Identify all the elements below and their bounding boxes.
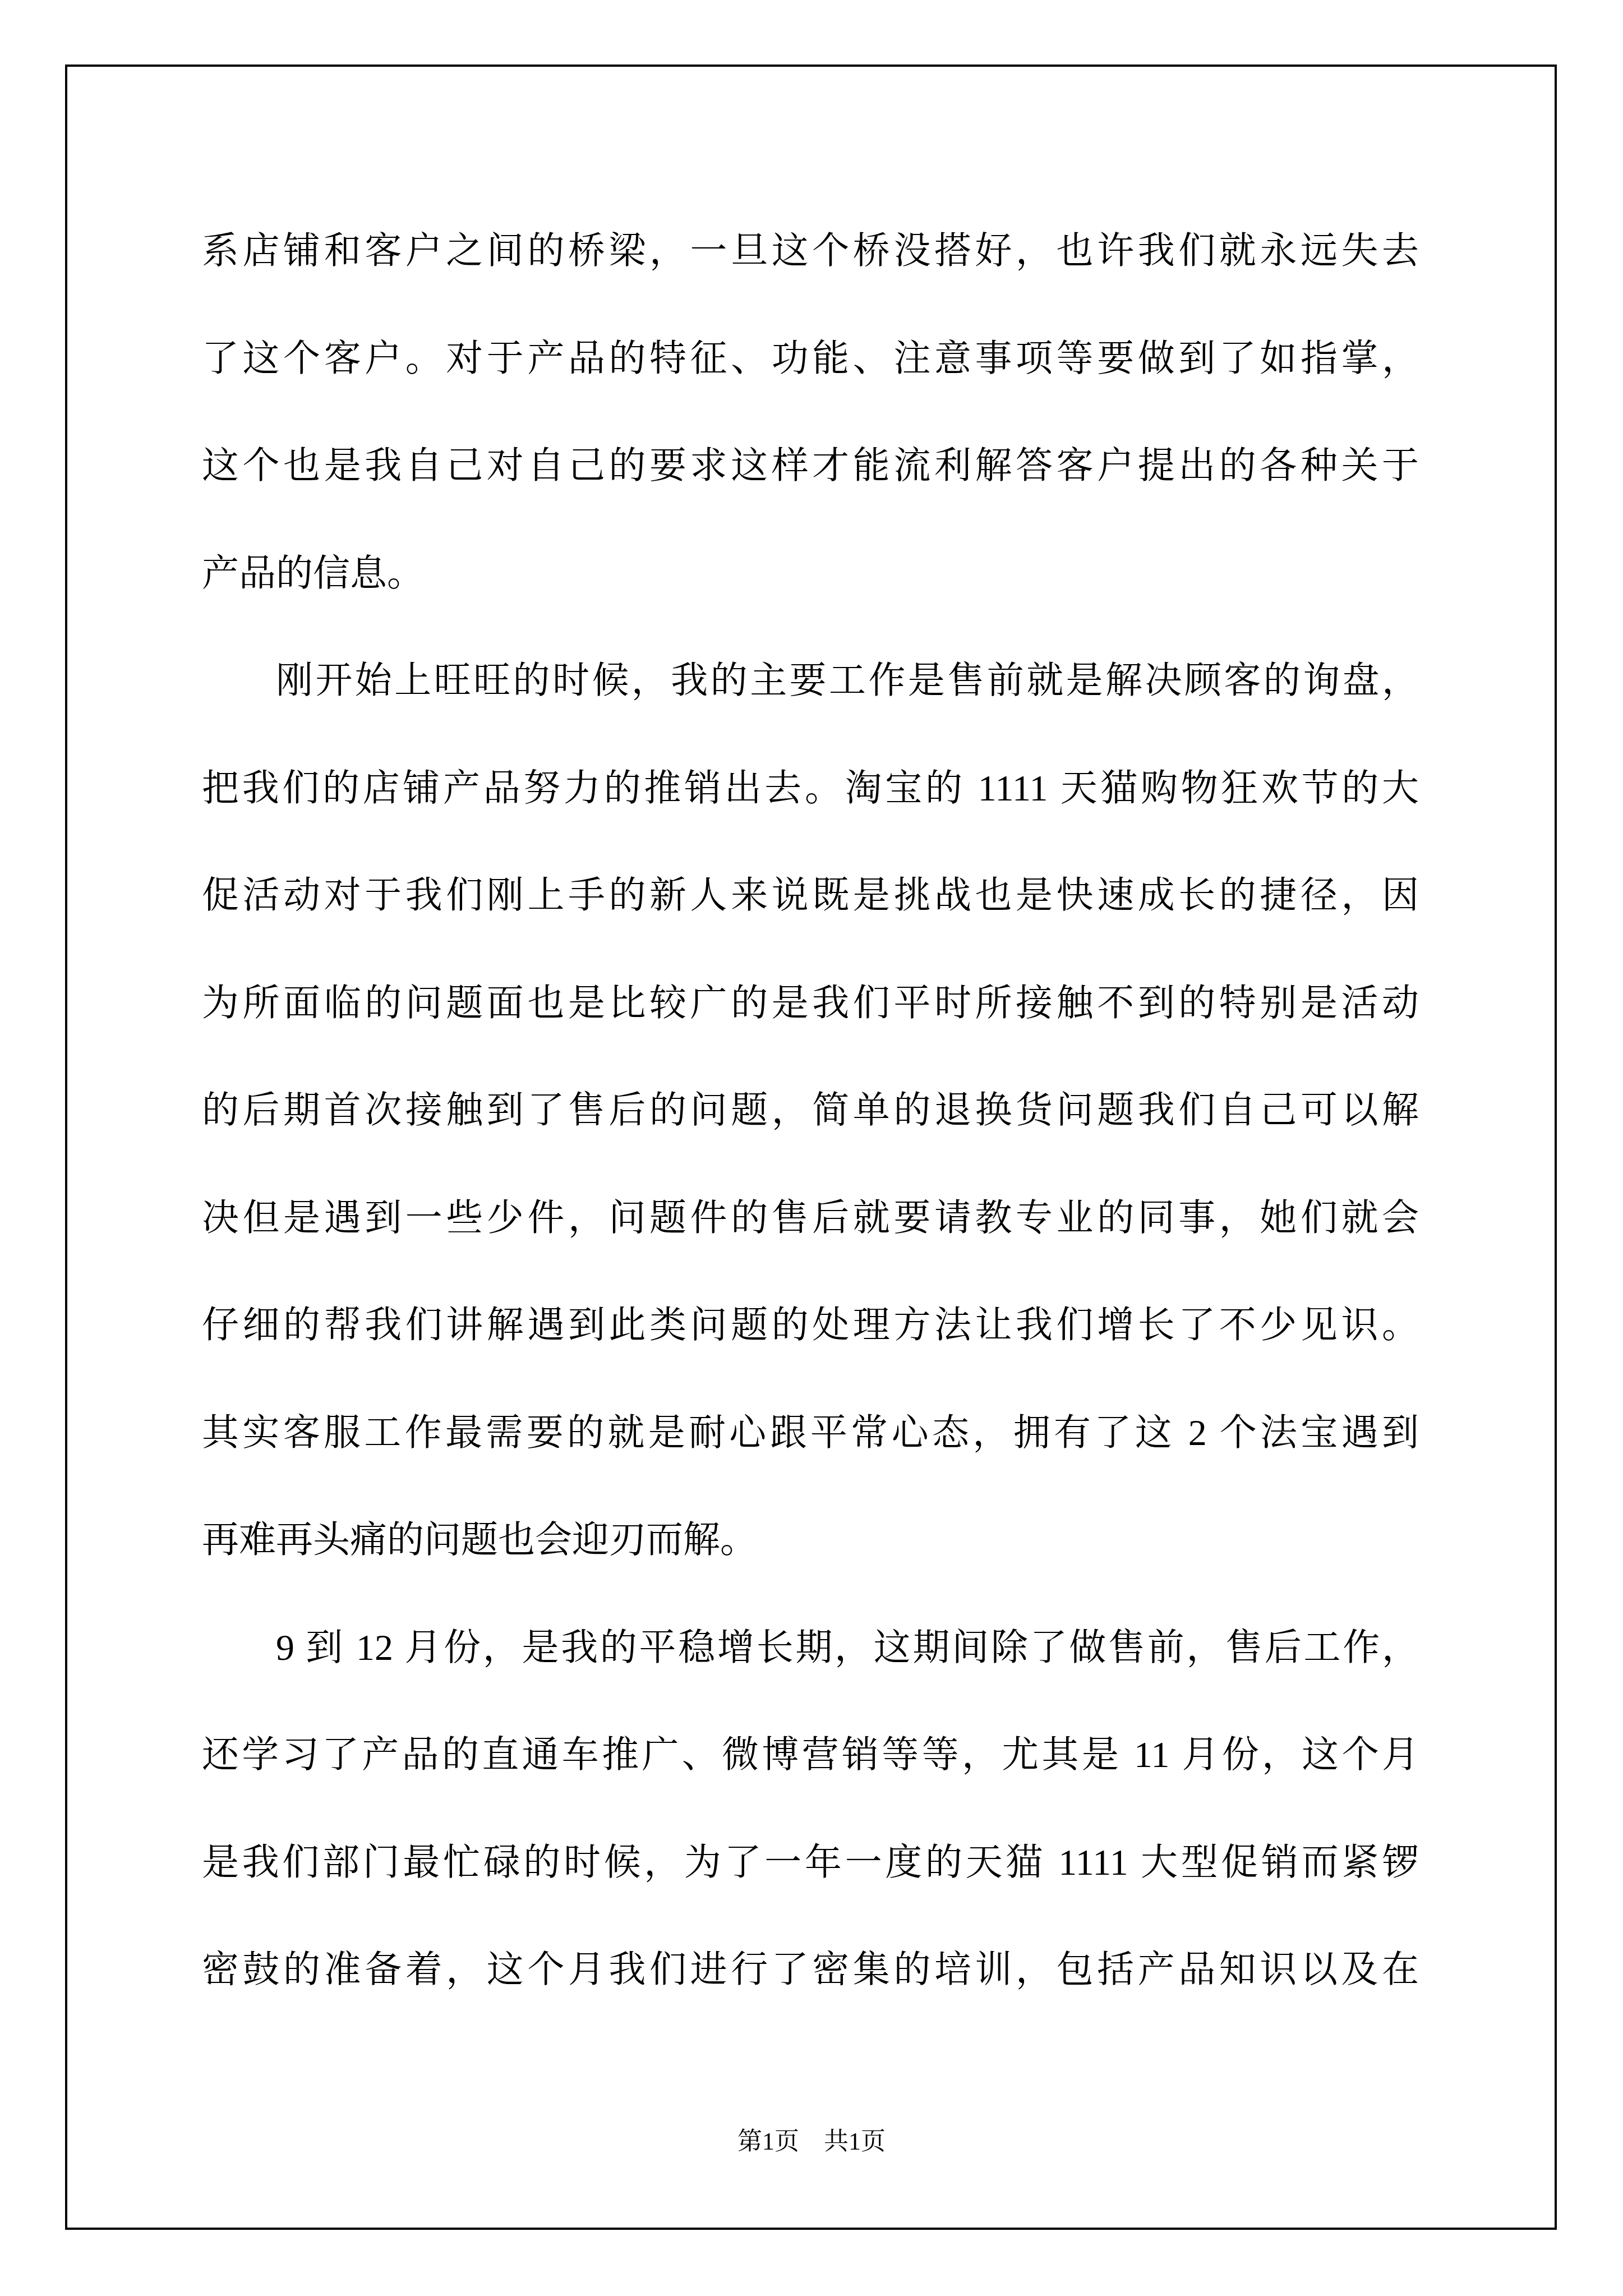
text-line: 密鼓的准备着，这个月我们进行了密集的培训，包括产品知识以及在 — [202, 1916, 1419, 2024]
text-line: 再难再头痛的问题也会迎刃而解。 — [202, 1487, 1419, 1594]
text-line: 这个也是我自己对自己的要求这样才能流利解答客户提出的各种关于 — [202, 412, 1419, 520]
footer-total-pages: 共1页 — [824, 2128, 886, 2155]
text-line: 仔细的帮我们讲解遇到此类问题的处理方法让我们增长了不少见识。 — [202, 1272, 1419, 1379]
text-line: 还学习了产品的直通车推广、微博营销等等，尤其是 11 月份，这个月 — [202, 1701, 1419, 1809]
page-footer: 第1页共1页 — [0, 2128, 1623, 2156]
text-line: 是我们部门最忙碌的时候，为了一年一度的天猫 1111 大型促销而紧锣 — [202, 1809, 1419, 1917]
text-line: 其实客服工作最需要的就是耐心跟平常心态，拥有了这 2 个法宝遇到 — [202, 1379, 1419, 1487]
text-line: 9 到 12 月份，是我的平稳增长期，这期间除了做售前，售后工作， — [202, 1594, 1419, 1702]
text-line: 了这个客户。对于产品的特征、功能、注意事项等要做到了如指掌， — [202, 305, 1419, 413]
text-line: 的后期首次接触到了售后的问题，简单的退换货问题我们自己可以解 — [202, 1057, 1419, 1165]
text-line: 决但是遇到一些少件，问题件的售后就要请教专业的同事，她们就会 — [202, 1165, 1419, 1272]
text-line: 产品的信息。 — [202, 520, 1419, 628]
text-line: 系店铺和客户之间的桥梁，一旦这个桥没搭好，也许我们就永远失去 — [202, 197, 1419, 305]
document-page: 系店铺和客户之间的桥梁，一旦这个桥没搭好，也许我们就永远失去 了这个客户。对于产… — [0, 0, 1623, 2296]
text-line: 刚开始上旺旺的时候，我的主要工作是售前就是解决顾客的询盘， — [202, 627, 1419, 735]
document-body-text: 系店铺和客户之间的桥梁，一旦这个桥没搭好，也许我们就永远失去 了这个客户。对于产… — [202, 197, 1419, 2024]
text-line: 促活动对于我们刚上手的新人来说既是挑战也是快速成长的捷径，因 — [202, 842, 1419, 950]
footer-page-number: 第1页 — [737, 2128, 799, 2155]
text-line: 为所面临的问题面也是比较广的是我们平时所接触不到的特别是活动 — [202, 950, 1419, 1057]
text-line: 把我们的店铺产品努力的推销出去。淘宝的 1111 天猫购物狂欢节的大 — [202, 735, 1419, 843]
